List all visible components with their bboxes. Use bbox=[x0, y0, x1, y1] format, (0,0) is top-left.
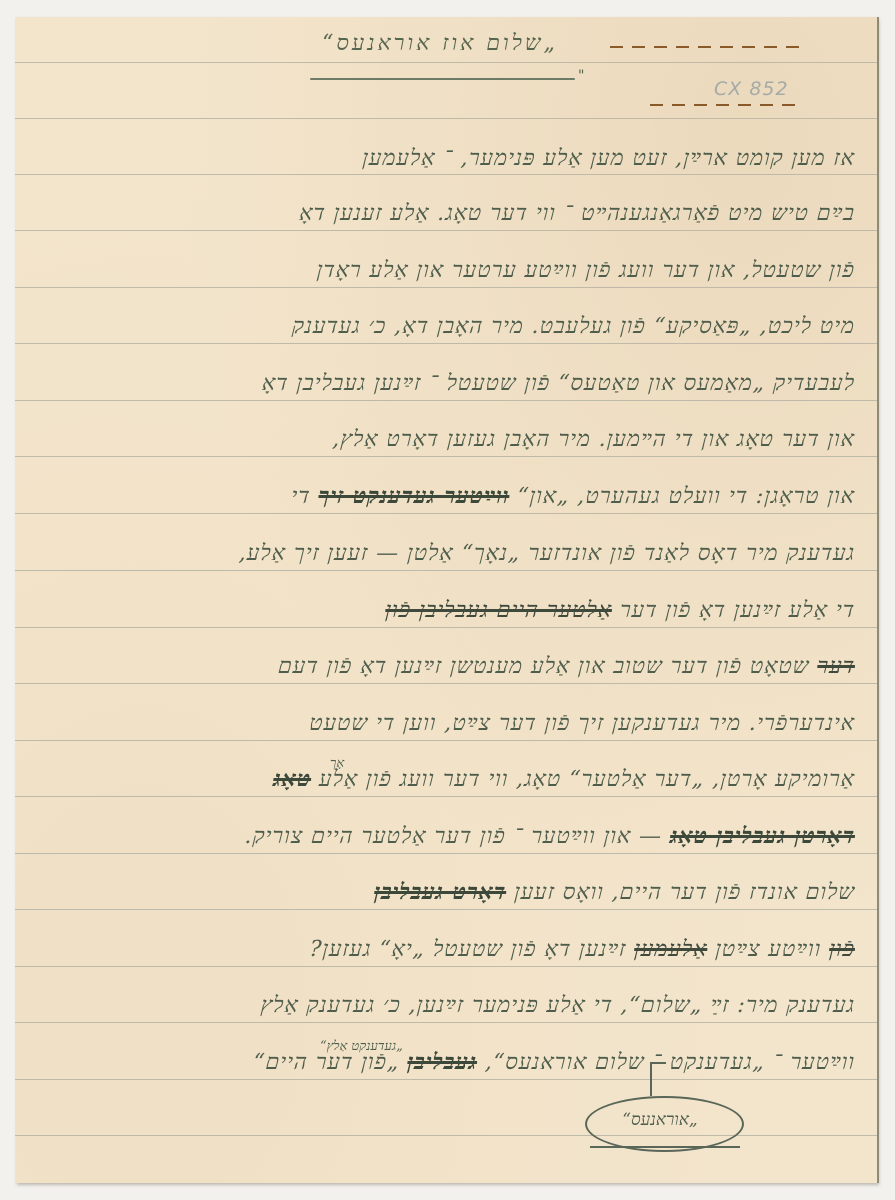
note-underline bbox=[590, 1146, 740, 1148]
brown-dash-mark bbox=[610, 46, 800, 48]
ruled-line bbox=[15, 456, 877, 457]
line-text: און טראָגן: די וועלט געהערט, „און“ bbox=[516, 484, 855, 509]
line-text: ווײַטער ־ „געדענקט ־ שלום אוראנעס“, bbox=[484, 1050, 856, 1075]
struck-text: אַלטער היים געבליבן פֿון bbox=[384, 598, 612, 623]
text-line-4: מיט ליכט, „פּאַסיקע“ פֿון געלעבט. מיר הא… bbox=[11, 313, 856, 339]
ruled-line bbox=[15, 174, 877, 175]
text-line-12: אַרומיקע אָרטן, „דער אַלטער“ טאָג, ווי ד… bbox=[11, 766, 856, 792]
text-line-13: דאָרטן געבליבן טאָג — און ווײַטער ־ פֿון… bbox=[11, 823, 856, 849]
text-line-9: די אַלע זײַנען דאָ פֿון דער אַלטער היים … bbox=[11, 597, 856, 623]
ruled-line bbox=[15, 1135, 877, 1136]
text-line-1: אז מען קומט ארײַן, זעט מען אַלע פּנימער,… bbox=[11, 145, 856, 171]
ruled-line bbox=[15, 966, 877, 967]
line-text: שלום אונדז פֿון דער היים, וואָס זעען bbox=[513, 880, 856, 905]
ruled-line bbox=[15, 909, 877, 910]
text-line-8: געדענק מיר דאָס לאַנד פֿון אונדזער „נאָך… bbox=[11, 540, 856, 566]
catalog-number: CX 852 bbox=[714, 78, 789, 100]
struck-text: דאָרט געבליבן bbox=[373, 879, 507, 905]
ruled-line bbox=[15, 627, 877, 628]
ruled-line bbox=[15, 1022, 877, 1023]
circled-note: „אוראנעס“ bbox=[605, 1110, 715, 1130]
ruled-line bbox=[15, 400, 877, 401]
struck-text: אַלעמען bbox=[633, 937, 708, 962]
ruled-line bbox=[15, 570, 877, 571]
text-line-17: ווײַטער ־ „געדענקט ־ שלום אוראנעס“, געבל… bbox=[11, 1049, 856, 1075]
ruled-line bbox=[15, 683, 877, 684]
line-text: ווײַטע צײַטן bbox=[714, 937, 822, 962]
ruled-line bbox=[15, 343, 877, 344]
text-line-6: און דער טאָג און די הײמען. מיר האָבן געז… bbox=[11, 426, 856, 452]
text-line-11: אינדערפֿרי. מיר געדענקען זיך פֿון דער צײ… bbox=[11, 710, 856, 736]
text-line-5: לעבעדיק „מאַמעס און טאַטעס“ פֿון שטעטל ־… bbox=[11, 370, 856, 396]
text-line-14: שלום אונדז פֿון דער היים, וואָס זעען דאָ… bbox=[11, 879, 856, 905]
line-text: די אַלע זײַנען דאָ פֿון דער bbox=[619, 598, 856, 623]
struck-text: ווײַטער געדענקט זיך bbox=[318, 483, 511, 509]
ruled-line bbox=[15, 513, 877, 514]
ruled-line bbox=[15, 740, 877, 741]
struck-text: פֿון bbox=[828, 937, 856, 962]
line-text-after: זײַנען דאָ פֿון שטעטל „יאָ“ געזען? bbox=[309, 937, 627, 962]
text-line-2: בײַם טיש מיט פֿאַרגאַנגענהײט ־ ווי דער ט… bbox=[11, 200, 856, 226]
line-text-after: „פֿון דער היים“ bbox=[252, 1050, 400, 1075]
line-text: — און ווײַטער ־ פֿון דער אַלטער היים צור… bbox=[244, 824, 663, 849]
text-line-7: און טראָגן: די וועלט געהערט, „און“ ווײַט… bbox=[11, 483, 856, 509]
brown-dash-mark bbox=[650, 104, 800, 106]
ruled-line bbox=[15, 287, 877, 288]
page-title: „שלום אוז אוראנעס“ bbox=[290, 30, 590, 56]
line-text: אַרומיקע אָרטן, „דער אַלטער“ טאָג, ווי ד… bbox=[318, 767, 856, 792]
struck-text: טאָג bbox=[273, 766, 313, 792]
ruled-line bbox=[15, 62, 877, 63]
ruled-line bbox=[15, 853, 877, 854]
struck-text: געבליבן bbox=[407, 1049, 478, 1075]
ruled-line bbox=[15, 230, 877, 231]
struck-text: דער bbox=[816, 654, 855, 679]
text-line-3: פֿון שטעטל, און דער וועג פֿון ווײַטע ערט… bbox=[11, 257, 856, 283]
line-text-after: די bbox=[290, 484, 311, 509]
ruled-line bbox=[15, 1079, 877, 1080]
text-line-15: פֿון ווײַטע צײַטן אַלעמען זײַנען דאָ פֿו… bbox=[11, 936, 856, 962]
text-line-16: געדענק מיר: זײַ „שלום“, די אַלע פּנימער … bbox=[11, 992, 856, 1018]
closing-quote-mark: " bbox=[578, 68, 584, 84]
title-underline bbox=[310, 78, 575, 80]
ruled-line bbox=[15, 118, 877, 119]
text-line-10: דער שטאָט פֿון דער שטוב און אַלע מענטשן … bbox=[11, 653, 856, 679]
ruled-line bbox=[15, 796, 877, 797]
insertion-arrow bbox=[650, 1062, 666, 1096]
struck-text: דאָרטן געבליבן טאָג bbox=[669, 823, 856, 849]
line-text: שטאָט פֿון דער שטוב און אַלע מענטשן זײַנ… bbox=[277, 654, 810, 679]
